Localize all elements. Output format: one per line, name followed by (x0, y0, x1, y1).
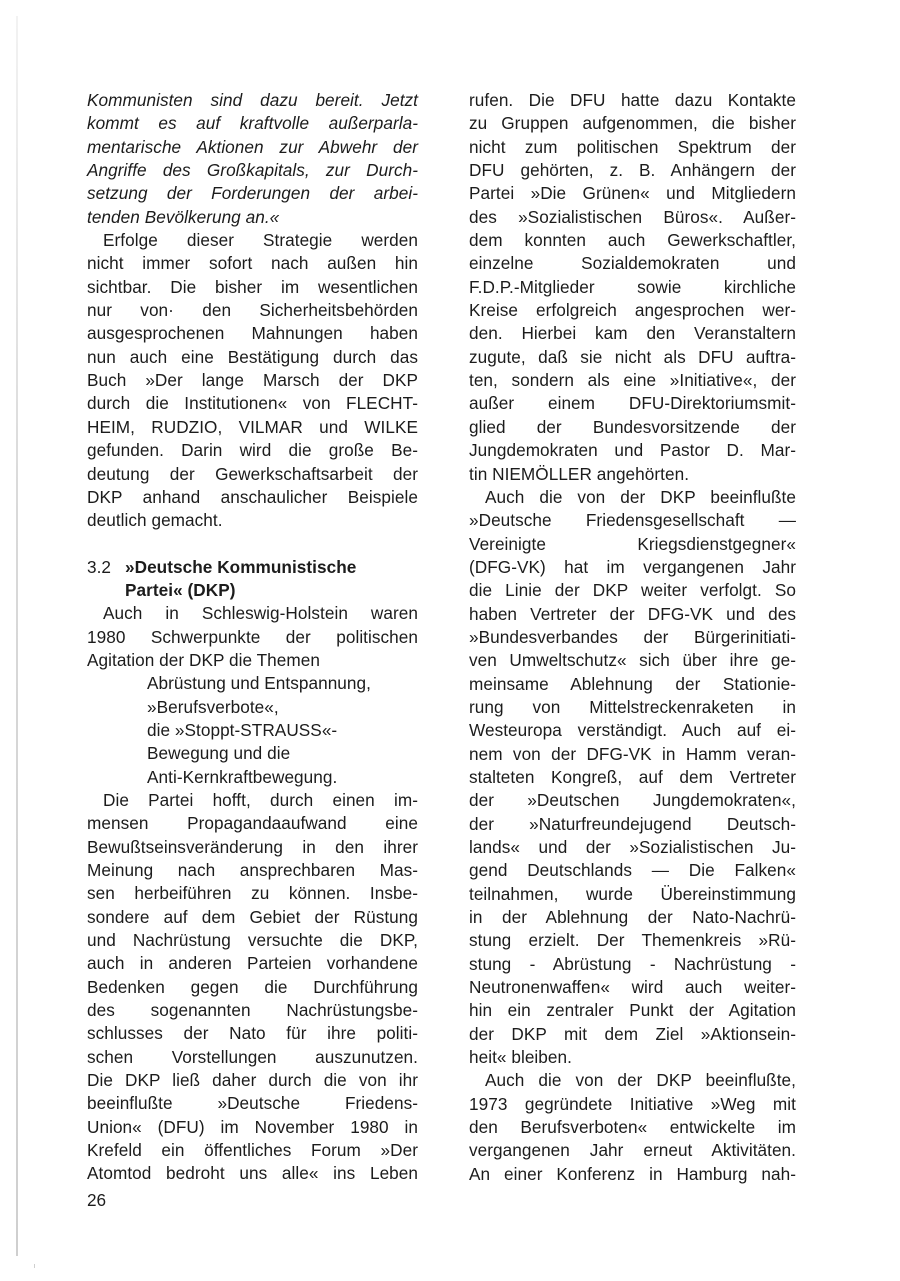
left-column: Kommunisten sind dazu bereit. Jetzt komm… (87, 89, 418, 1186)
text-line: beeinflußte »Deutsche Friedens- (87, 1092, 418, 1115)
text-line: HEIM, RUDZIO, VILMAR und WILKE (87, 416, 418, 439)
text-line: stung - Abrüstung - Nachrüstung - (469, 953, 796, 976)
text-line: des sogenannten Nachrüstungsbe- (87, 999, 418, 1022)
section-number: 3.2 (87, 556, 125, 579)
text-line: auch in anderen Parteien vorhandene (87, 952, 418, 975)
text-line: 1973 gegründete Initiative »Weg mit (469, 1093, 796, 1116)
text-line: Bedenken gegen die Durchführung (87, 976, 418, 999)
text-line: haben Vertreter der DFG-VK und des (469, 603, 796, 626)
text-line: nur von· den Sicherheitsbehörden (87, 299, 418, 322)
paragraph: Erfolge dieser Strategie werden nicht im… (87, 229, 418, 532)
text-line: ten, sondern als eine »Initiative«, der (469, 369, 796, 392)
text-line: deutlich gemacht. (87, 509, 418, 532)
text-line: Buch »Der lange Marsch der DKP (87, 369, 418, 392)
paragraph: Auch in Schleswig-Holstein waren 1980 Sc… (87, 602, 418, 672)
section-title: »Deutsche Kommunistische (125, 557, 356, 577)
text-line: heit« bleiben. (469, 1046, 796, 1069)
text-line: meinsame Ablehnung der Stationie- (469, 673, 796, 696)
text-line: mensen Propagandaaufwand eine (87, 812, 418, 835)
text-line: tin NIEMÖLLER angehörten. (469, 463, 796, 486)
text-line: »Bundesverbandes der Bürgerinitiati- (469, 626, 796, 649)
text-line: der »Deutschen Jungdemokraten«, (469, 789, 796, 812)
text-line: setzung der Forderungen der arbei- (87, 182, 418, 205)
text-line: nicht zum politischen Spektrum der (469, 136, 796, 159)
text-line: »Deutsche Friedensgesellschaft — (469, 509, 796, 532)
text-line: Kreise erfolgreich angesprochen wer- (469, 299, 796, 322)
text-line: Krefeld ein öffentliches Forum »Der (87, 1139, 418, 1162)
text-line: Erfolge dieser Strategie werden (87, 229, 418, 252)
text-line: tenden Bevölkerung an.« (87, 206, 418, 229)
text-line: DKP anhand anschaulicher Beispiele (87, 486, 418, 509)
text-line: Die DKP ließ daher durch die von ihr (87, 1069, 418, 1092)
text-line: rufen. Die DFU hatte dazu Kontakte (469, 89, 796, 112)
text-line: Atomtod bedroht uns alle« ins Leben (87, 1162, 418, 1185)
quote-block: Kommunisten sind dazu bereit. Jetzt komm… (87, 89, 418, 229)
text-line: mentarische Aktionen zur Abwehr der (87, 136, 418, 159)
text-line: zugute, daß sie nicht als DFU auftra- (469, 346, 796, 369)
text-line: lands« und der »Sozialistischen Ju- (469, 836, 796, 859)
page-number: 26 (87, 1189, 106, 1211)
paragraph: Die Partei hofft, durch einen im- mensen… (87, 789, 418, 1186)
list-item: die »Stoppt-STRAUSS«- (87, 719, 418, 742)
section-heading: 3.2»Deutsche Kommunistische Partei« (DKP… (87, 556, 418, 603)
text-line: An einer Konferenz in Hamburg nah- (469, 1163, 796, 1186)
text-line: der »Naturfreundejugend Deutsch- (469, 813, 796, 836)
list-item: Anti-Kernkraftbewegung. (87, 766, 418, 789)
text-line: nicht immer sofort nach außen hin (87, 252, 418, 275)
text-line: Meinung nach ansprechbaren Mas- (87, 859, 418, 882)
list-item: »Berufsverbote«, (87, 696, 418, 719)
right-column: rufen. Die DFU hatte dazu Kontakte zu Gr… (469, 89, 796, 1186)
section-title-continued: Partei« (DKP) (87, 579, 418, 602)
text-line: 1980 Schwerpunkte der politischen (87, 626, 418, 649)
text-line: des »Sozialistischen Büros«. Außer- (469, 206, 796, 229)
text-line: (DFG-VK) hat im vergangenen Jahr (469, 556, 796, 579)
page-binding-edge (16, 16, 18, 1256)
text-line: glied der Bundesvorsitzende der (469, 416, 796, 439)
text-line: den Berufsverboten« entwickelte im (469, 1116, 796, 1139)
text-line: Die Partei hofft, durch einen im- (87, 789, 418, 812)
text-line: schlusses der Nato für ihre politi- (87, 1022, 418, 1045)
text-line: stung erzielt. Der Themenkreis »Rü- (469, 929, 796, 952)
text-line: Auch in Schleswig-Holstein waren (87, 602, 418, 625)
text-line: vergangenen Jahr erneut Aktivitäten. (469, 1139, 796, 1162)
text-line: der DKP mit dem Ziel »Aktionsein- (469, 1023, 796, 1046)
text-line: in der Ablehnung der Nato-Nachrü- (469, 906, 796, 929)
paragraph: Auch die von der DKP beeinflußte, 1973 g… (469, 1069, 796, 1186)
text-line: F.D.P.-Mitglieder sowie kirchliche (469, 276, 796, 299)
text-line: nun auch eine Bestätigung durch das (87, 346, 418, 369)
text-line: stalteten Kongreß, auf dem Vertreter (469, 766, 796, 789)
heading-line: 3.2»Deutsche Kommunistische (87, 556, 418, 579)
text-line: die Linie der DKP weiter verfolgt. So (469, 579, 796, 602)
text-line: Partei »Die Grünen« und Mitgliedern (469, 182, 796, 205)
text-line: sondere auf dem Gebiet der Rüstung (87, 906, 418, 929)
text-line: sichtbar. Die bisher im wesentlichen (87, 276, 418, 299)
text-line: ausgesprochenen Mahnungen haben (87, 322, 418, 345)
text-line: Kommunisten sind dazu bereit. Jetzt (87, 89, 418, 112)
text-line: Jungdemokraten und Pastor D. Mar- (469, 439, 796, 462)
text-line: Westeuropa verständigt. Auch auf ei- (469, 719, 796, 742)
text-line: einzelne Sozialdemokraten und (469, 252, 796, 275)
text-line: dem konnten auch Gewerkschaftler, (469, 229, 796, 252)
text-line: Auch die von der DKP beeinflußte (469, 486, 796, 509)
text-line: deutung der Gewerkschaftsarbeit der (87, 463, 418, 486)
list-item: Abrüstung und Entspannung, (87, 672, 418, 695)
text-line: Auch die von der DKP beeinflußte, (469, 1069, 796, 1092)
text-line: und Nachrüstung versuchte die DKP, (87, 929, 418, 952)
text-line: rung von Mittelstreckenraketen in (469, 696, 796, 719)
topic-list: Abrüstung und Entspannung, »Berufsverbot… (87, 672, 418, 789)
text-line: sen herbeiführen zu können. Insbe- (87, 882, 418, 905)
text-line: zu Gruppen aufgenommen, die bisher (469, 112, 796, 135)
paragraph: rufen. Die DFU hatte dazu Kontakte zu Gr… (469, 89, 796, 486)
text-line: Angriffe des Großkapitals, zur Durch- (87, 159, 418, 182)
scan-speck (34, 1264, 35, 1268)
text-line: kommt es auf kraftvolle außerparla- (87, 112, 418, 135)
text-line: Union« (DFU) im November 1980 in (87, 1116, 418, 1139)
text-line: gefunden. Darin wird die große Be- (87, 439, 418, 462)
text-line: Bewußtseinsveränderung in den ihrer (87, 836, 418, 859)
list-item: Bewegung und die (87, 742, 418, 765)
text-line: teilnahmen, wurde Übereinstimmung (469, 883, 796, 906)
text-line: nem von der DFG-VK in Hamm veran- (469, 743, 796, 766)
text-line: ven Umweltschutz« sich über ihre ge- (469, 649, 796, 672)
text-line: Neutronenwaffen« wird auch weiter- (469, 976, 796, 999)
text-line: gend Deutschlands — Die Falken« (469, 859, 796, 882)
text-line: außer einem DFU-Direktoriumsmit- (469, 392, 796, 415)
text-line: hin ein zentraler Punkt der Agitation (469, 999, 796, 1022)
text-line: schen Vorstellungen auszunutzen. (87, 1046, 418, 1069)
text-line: Vereinigte Kriegsdienstgegner« (469, 533, 796, 556)
text-line: DFU gehörten, z. B. Anhängern der (469, 159, 796, 182)
paragraph: Auch die von der DKP beeinflußte »Deutsc… (469, 486, 796, 1070)
text-line: durch die Institutionen« von FLECHT- (87, 392, 418, 415)
text-line: Agitation der DKP die Themen (87, 649, 418, 672)
text-line: den. Hierbei kam den Veranstaltern (469, 322, 796, 345)
